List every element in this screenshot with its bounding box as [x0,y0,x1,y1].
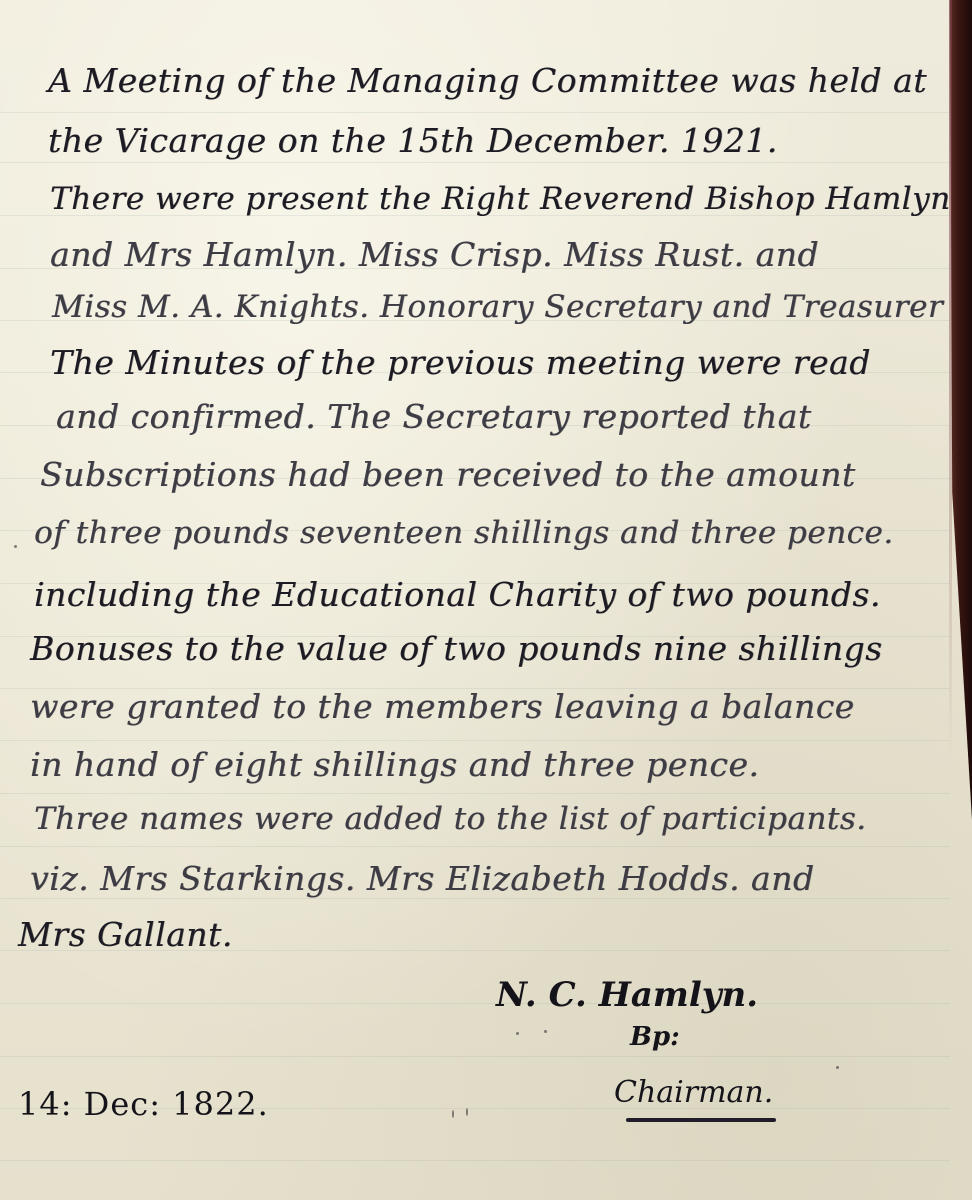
chairman-signature: N. C. Hamlyn. [496,978,758,1012]
ruled-line [0,1003,950,1004]
paper-speck [544,1030,547,1033]
ruled-line [0,1160,950,1161]
chairman-underline [626,1118,776,1122]
ruled-line [0,846,950,847]
chairman-label: Chairman. [614,1078,773,1108]
minutes-line-2: the Vicarage on the 15th December. 1921. [48,124,778,157]
minutes-line-1: A Meeting of the Managing Committee was … [48,64,927,97]
paper-speck [452,1110,454,1118]
book-binding-edge [949,0,952,760]
ruled-line [0,1056,950,1057]
bishop-abbreviation: Bp: [630,1024,680,1050]
minutes-line-5: Miss M. A. Knights. Honorary Secretary a… [52,292,943,323]
paper-speck [14,545,17,548]
minutes-line-13: in hand of eight shillings and three pen… [30,748,759,781]
book-binding [950,0,972,820]
paper-speck [466,1108,468,1116]
minutes-line-11: Bonuses to the value of two pounds nine … [30,632,883,665]
minutes-line-15: viz. Mrs Starkings. Mrs Elizabeth Hodds.… [30,862,814,895]
ruled-line [0,740,950,741]
minutes-line-4: and Mrs Hamlyn. Miss Crisp. Miss Rust. a… [50,238,819,271]
minute-book-page: A Meeting of the Managing Committee was … [0,0,972,1200]
ruled-line [0,898,950,899]
ruled-line [0,162,950,163]
minutes-line-8: Subscriptions had been received to the a… [40,458,856,491]
paper-speck [836,1066,839,1069]
ruled-line [0,793,950,794]
minutes-line-3: There were present the Right Reverend Bi… [50,184,951,215]
minutes-line-10: including the Educational Charity of two… [34,578,881,611]
ruled-line [0,112,950,113]
minutes-line-9: of three pounds seventeen shillings and … [34,518,894,549]
signed-date: 14: Dec: 1822. [18,1088,269,1120]
minutes-line-12: were granted to the members leaving a ba… [30,690,855,723]
minutes-line-16: Mrs Gallant. [18,918,233,951]
minutes-line-6: The Minutes of the previous meeting were… [50,346,871,379]
minutes-line-7: and confirmed. The Secretary reported th… [56,400,812,433]
paper-speck [516,1032,519,1035]
minutes-line-14: Three names were added to the list of pa… [34,804,867,835]
